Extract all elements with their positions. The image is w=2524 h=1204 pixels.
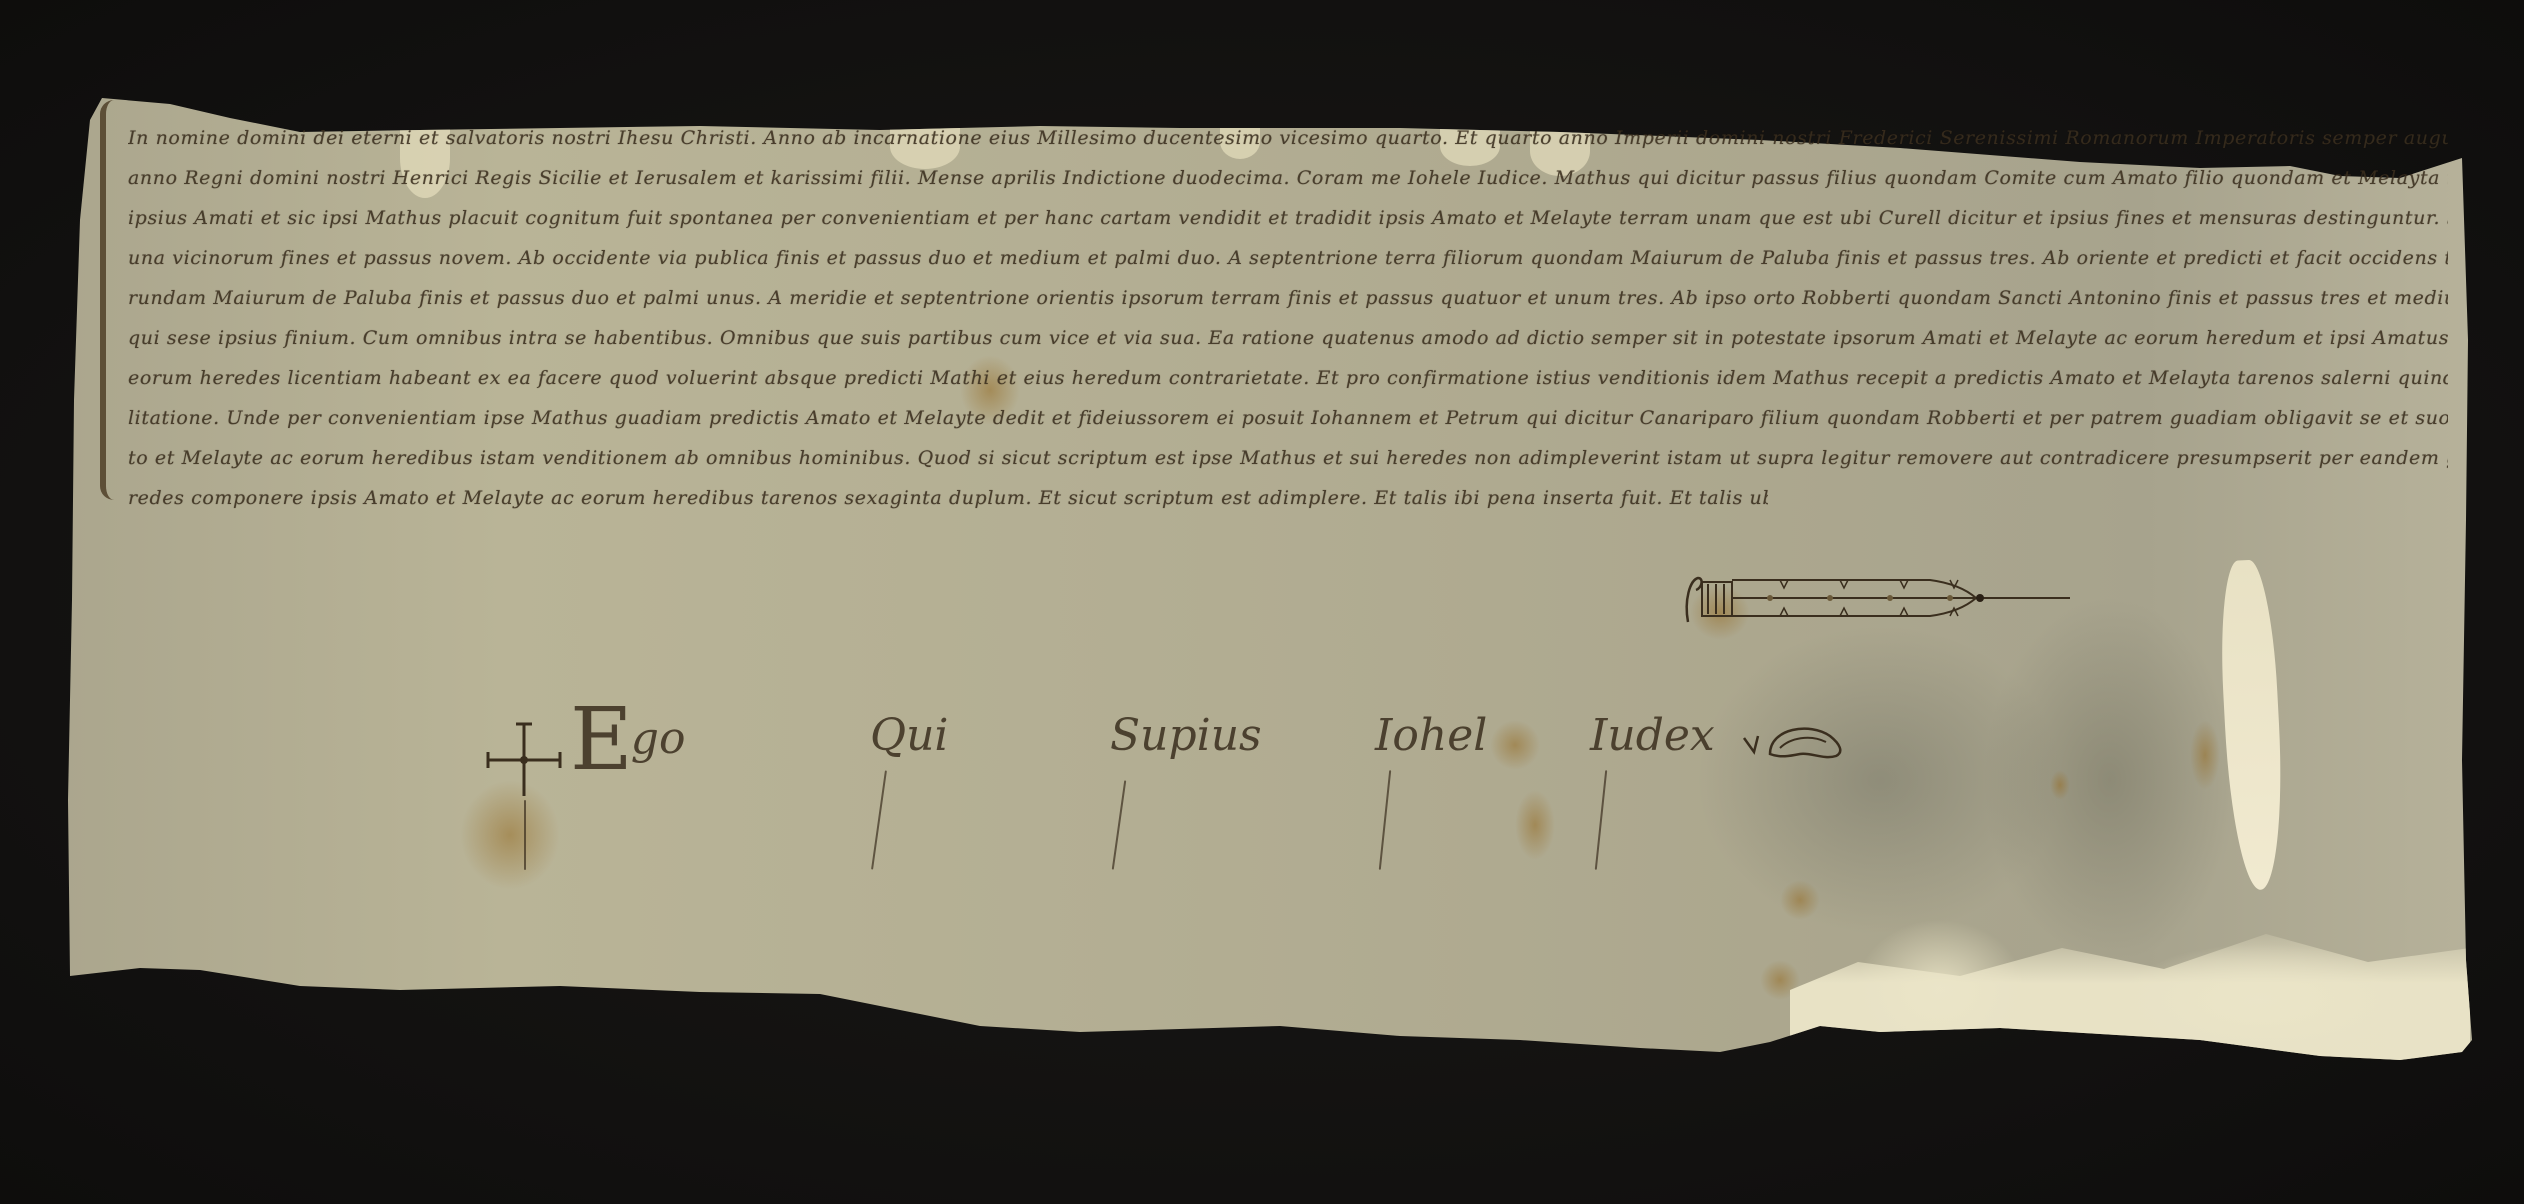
text-line: qui sese ipsius finium. Cum omnibus intr… [128,318,2448,358]
descender-stroke [1379,770,1391,870]
stain [2050,770,2070,800]
text-line: ipsius Amati et sic ipsi Mathus placuit … [128,198,2448,238]
signature-word: EEgogo [570,690,685,790]
cross-icon [484,720,564,800]
text-line: anno Regni domini nostri Henrici Regis S… [128,158,2448,198]
text-line: In nomine domini dei eterni et salvatori… [128,118,2448,158]
descender-stroke [1112,780,1127,869]
signature-word: Iohel [1375,710,1487,761]
descender-stroke [524,800,526,870]
photo-stage: In nomine domini dei eterni et salvatori… [0,0,2524,1204]
text-line: una vicinorum fines et passus novem. Ab … [128,238,2448,278]
signature-word: Qui [870,710,948,761]
text-line: eorum heredes licentiam habeant ex ea fa… [128,358,2448,398]
descender-stroke [1595,770,1607,870]
charter-text: In nomine domini dei eterni et salvatori… [128,118,2448,518]
text-line: to et Melayte ac eorum heredibus istam v… [128,438,2448,478]
notary-mark-icon [1680,570,2100,630]
decorated-initial [100,100,128,500]
flourish-icon [1740,718,1850,768]
text-line: litatione. Unde per convenientiam ipse M… [128,398,2448,438]
stain [1780,880,1820,920]
signature-word: Supius [1110,710,1262,761]
signature-word: Iudex [1590,710,1715,761]
descender-stroke [871,770,887,869]
text-line: rundam Maiurum de Paluba finis et passus… [128,278,2448,318]
stain [2190,720,2220,790]
judge-signature: EEgogo Qui Supius Iohel Iudex [470,690,1870,870]
parchment-tear [2216,559,2287,891]
text-line: redes componere ipsis Amato et Melayte a… [128,478,1768,518]
faded-area [1790,920,2470,1060]
